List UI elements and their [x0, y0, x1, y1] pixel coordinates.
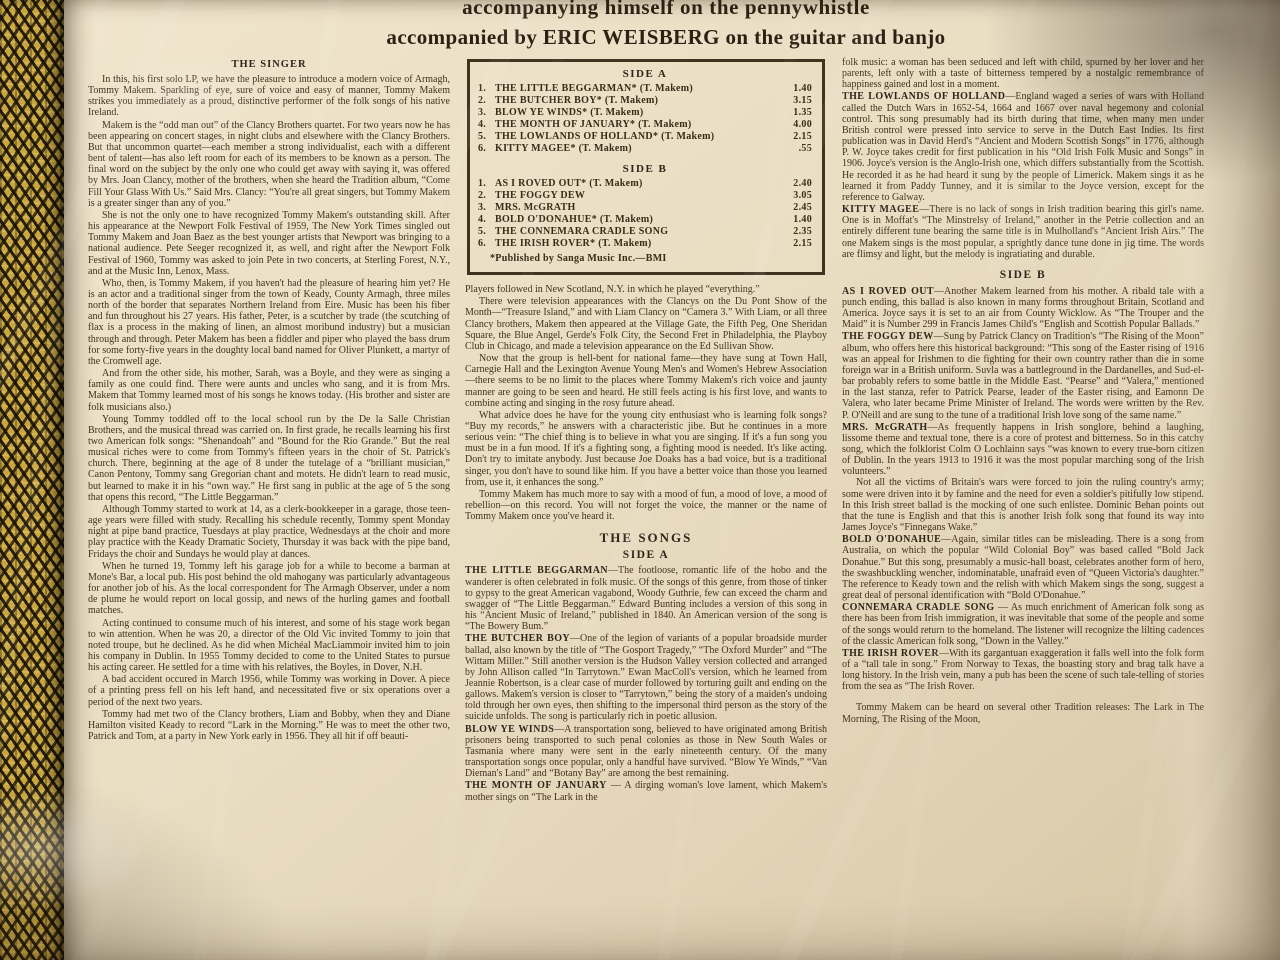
- album-back-cover: accompanying himself on the pennywhistle…: [64, 0, 1280, 960]
- center-paragraph: What advice does he have for the young c…: [465, 410, 827, 488]
- song-note: THE LITTLE BEGGARMAN—The footloose, roma…: [465, 565, 827, 632]
- track-row: 5. THE LOWLANDS OF HOLLAND* (T. Makem) 2…: [478, 131, 812, 143]
- track-time: 2.35: [782, 226, 812, 238]
- track-number: 5.: [478, 226, 495, 238]
- song-note-title: KITTY MAGEE: [842, 204, 919, 215]
- track-credit: (T. Makem): [590, 107, 643, 118]
- track-title: MRS. McGRATH: [495, 202, 782, 214]
- track-time: .55: [782, 143, 812, 155]
- track-row: 2. THE FOGGY DEW 3.05: [478, 190, 812, 202]
- song-note-title: THE IRISH ROVER: [842, 648, 939, 659]
- song-note-text: Not all the victims of Britain's wars we…: [842, 477, 1204, 533]
- track-credit: (T. Makem): [640, 83, 693, 94]
- song-note: THE IRISH ROVER—With its gargantuan exag…: [842, 648, 1204, 693]
- track-number: 1.: [478, 83, 495, 95]
- track-number: 4.: [478, 119, 495, 131]
- track-row: 4. BOLD O'DONAHUE* (T. Makem) 1.40: [478, 214, 812, 226]
- track-title: AS I ROVED OUT* (T. Makem): [495, 178, 782, 190]
- track-title: THE IRISH ROVER* (T. Makem): [495, 238, 782, 250]
- song-note: THE MONTH OF JANUARY — A dirging woman's…: [465, 780, 827, 802]
- tracklist-footnote: *Published by Sanga Music Inc.—BMI: [478, 253, 812, 265]
- track-number: 1.: [478, 178, 495, 190]
- song-note-title: THE BUTCHER BOY: [465, 633, 570, 644]
- song-note-text: —England waged a series of wars with Hol…: [842, 91, 1204, 202]
- song-note-title: BOLD O'DONAHUE: [842, 534, 941, 545]
- singer-paragraph: When he turned 19, Tommy left his garage…: [88, 561, 450, 617]
- singer-paragraph: A bad accident occured in March 1956, wh…: [88, 674, 450, 707]
- left-column: THE SINGER In this, his first solo LP, w…: [88, 57, 450, 960]
- tracklist-side-b-heading: SIDE B: [478, 163, 812, 175]
- track-title: BLOW YE WINDS* (T. Makem): [495, 107, 782, 119]
- track-credit: (T. Makem): [638, 119, 691, 130]
- song-note-title: AS I ROVED OUT: [842, 286, 934, 297]
- song-note-text: —One of the legion of variants of a popu…: [465, 633, 827, 722]
- song-note: THE FOGGY DEW—Sung by Patrick Clancy on …: [842, 331, 1204, 420]
- song-note-title: BLOW YE WINDS: [465, 724, 554, 735]
- track-time: 1.35: [782, 107, 812, 119]
- header-line-2: accompanied by ERIC WEISBERG on the guit…: [88, 25, 1244, 50]
- track-row: 3. BLOW YE WINDS* (T. Makem) 1.35: [478, 107, 812, 119]
- track-credit: (T. Makem): [598, 238, 651, 249]
- song-note-title: THE MONTH OF JANUARY: [465, 780, 607, 791]
- singer-paragraph: She is not the only one to have recogniz…: [88, 210, 450, 277]
- track-time: 2.45: [782, 202, 812, 214]
- song-note-title: MRS. McGRATH: [842, 422, 928, 433]
- columns: THE SINGER In this, his first solo LP, w…: [88, 57, 1244, 960]
- singer-paragraph: Although Tommy started to work at 14, as…: [88, 504, 450, 560]
- track-credit: (T. Makem): [605, 95, 658, 106]
- track-title: THE MONTH OF JANUARY* (T. Makem): [495, 119, 782, 131]
- track-time: 3.15: [782, 95, 812, 107]
- singer-section-title: THE SINGER: [88, 59, 450, 70]
- track-credit: (T. Makem): [579, 143, 632, 154]
- track-title: THE LITTLE BEGGARMAN* (T. Makem): [495, 83, 782, 95]
- song-note: AS I ROVED OUT—Another Makem learned fro…: [842, 286, 1204, 331]
- header-line-1: accompanying himself on the pennywhistle: [88, 0, 1244, 20]
- song-note-text: —Sung by Patrick Clancy on Tradition's “…: [842, 331, 1204, 420]
- singer-paragraph: And from the other side, his mother, Sar…: [88, 368, 450, 413]
- song-note-title: THE LITTLE BEGGARMAN: [465, 565, 608, 576]
- center-column: SIDE A 1. THE LITTLE BEGGARMAN* (T. Make…: [465, 57, 827, 960]
- outro-paragraph: Tommy Makem can be heard on several othe…: [842, 702, 1204, 724]
- track-title: THE FOGGY DEW: [495, 190, 782, 202]
- singer-paragraph: Tommy had met two of the Clancy brothers…: [88, 709, 450, 742]
- track-row: 6. THE IRISH ROVER* (T. Makem) 2.15: [478, 238, 812, 250]
- song-note: THE LOWLANDS OF HOLLAND—England waged a …: [842, 91, 1204, 203]
- track-number: 4.: [478, 214, 495, 226]
- track-row: 1. AS I ROVED OUT* (T. Makem) 2.40: [478, 178, 812, 190]
- track-row: 4. THE MONTH OF JANUARY* (T. Makem) 4.00: [478, 119, 812, 131]
- song-note: THE BUTCHER BOY—One of the legion of var…: [465, 633, 827, 722]
- center-paragraph: Tommy Makem has much more to say with a …: [465, 489, 827, 522]
- liner-notes-content: accompanying himself on the pennywhistle…: [88, 0, 1244, 960]
- track-number: 5.: [478, 131, 495, 143]
- song-note: CONNEMARA CRADLE SONG — As much enrichme…: [842, 602, 1204, 647]
- track-row: 2. THE BUTCHER BOY* (T. Makem) 3.15: [478, 95, 812, 107]
- track-time: 3.05: [782, 190, 812, 202]
- track-time: 1.40: [782, 83, 812, 95]
- song-note-title: CONNEMARA CRADLE SONG: [842, 602, 995, 613]
- center-paragraph: Now that the group is hell-bent for nati…: [465, 353, 827, 409]
- song-note: BLOW YE WINDS—A transportation song, bel…: [465, 724, 827, 780]
- track-time: 2.15: [782, 238, 812, 250]
- track-title: BOLD O'DONAHUE* (T. Makem): [495, 214, 782, 226]
- singer-paragraph: Young Tommy toddled off to the local sch…: [88, 414, 450, 503]
- singer-paragraph: In this, his first solo LP, we have the …: [88, 74, 450, 119]
- songs-side-a-heading: SIDE A: [465, 549, 827, 561]
- track-row: 5. THE CONNEMARA CRADLE SONG 2.35: [478, 226, 812, 238]
- track-title: THE BUTCHER BOY* (T. Makem): [495, 95, 782, 107]
- song-note: MRS. McGRATH—As frequently happens in Ir…: [842, 422, 1204, 534]
- track-time: 2.40: [782, 178, 812, 190]
- tracklist-side-a-heading: SIDE A: [478, 68, 812, 80]
- track-number: 3.: [478, 202, 495, 214]
- song-note: BOLD O'DONAHUE—Again, similar titles can…: [842, 534, 1204, 601]
- track-row: 6. KITTY MAGEE* (T. Makem) .55: [478, 143, 812, 155]
- track-number: 2.: [478, 95, 495, 107]
- song-note: KITTY MAGEE—There is no lack of songs in…: [842, 204, 1204, 260]
- song-note-title: THE FOGGY DEW: [842, 331, 934, 342]
- track-row: 1. THE LITTLE BEGGARMAN* (T. Makem) 1.40: [478, 83, 812, 95]
- track-credit: (T. Makem): [600, 214, 653, 225]
- track-row: 3. MRS. McGRATH 2.45: [478, 202, 812, 214]
- track-credit: (T. Makem): [661, 131, 714, 142]
- track-number: 3.: [478, 107, 495, 119]
- track-time: 2.15: [782, 131, 812, 143]
- center-paragraph: Players followed in New Scotland, N.Y. i…: [465, 284, 827, 295]
- song-note-title: THE LOWLANDS OF HOLLAND: [842, 91, 1005, 102]
- songs-side-b-heading: SIDE B: [842, 269, 1204, 281]
- track-time: 1.40: [782, 214, 812, 226]
- track-time: 4.00: [782, 119, 812, 131]
- track-credit: (T. Makem): [589, 178, 642, 189]
- songs-section-title: THE SONGS: [465, 530, 827, 546]
- singer-paragraph: Acting continued to consume much of his …: [88, 618, 450, 674]
- track-title: KITTY MAGEE* (T. Makem): [495, 143, 782, 155]
- tracklist-box: SIDE A 1. THE LITTLE BEGGARMAN* (T. Make…: [467, 59, 825, 275]
- track-number: 6.: [478, 143, 495, 155]
- track-number: 6.: [478, 238, 495, 250]
- singer-paragraph: Who, then, is Tommy Makem, if you haven'…: [88, 278, 450, 367]
- continuation-paragraph: folk music: a woman has been seduced and…: [842, 57, 1204, 90]
- track-title: THE LOWLANDS OF HOLLAND* (T. Makem): [495, 131, 782, 143]
- singer-paragraph: Makem is the “odd man out” of the Clancy…: [88, 120, 450, 209]
- right-column: folk music: a woman has been seduced and…: [842, 57, 1204, 960]
- track-number: 2.: [478, 190, 495, 202]
- track-title: THE CONNEMARA CRADLE SONG: [495, 226, 782, 238]
- fabric-background: [0, 0, 64, 960]
- center-paragraph: There were television appearances with t…: [465, 296, 827, 352]
